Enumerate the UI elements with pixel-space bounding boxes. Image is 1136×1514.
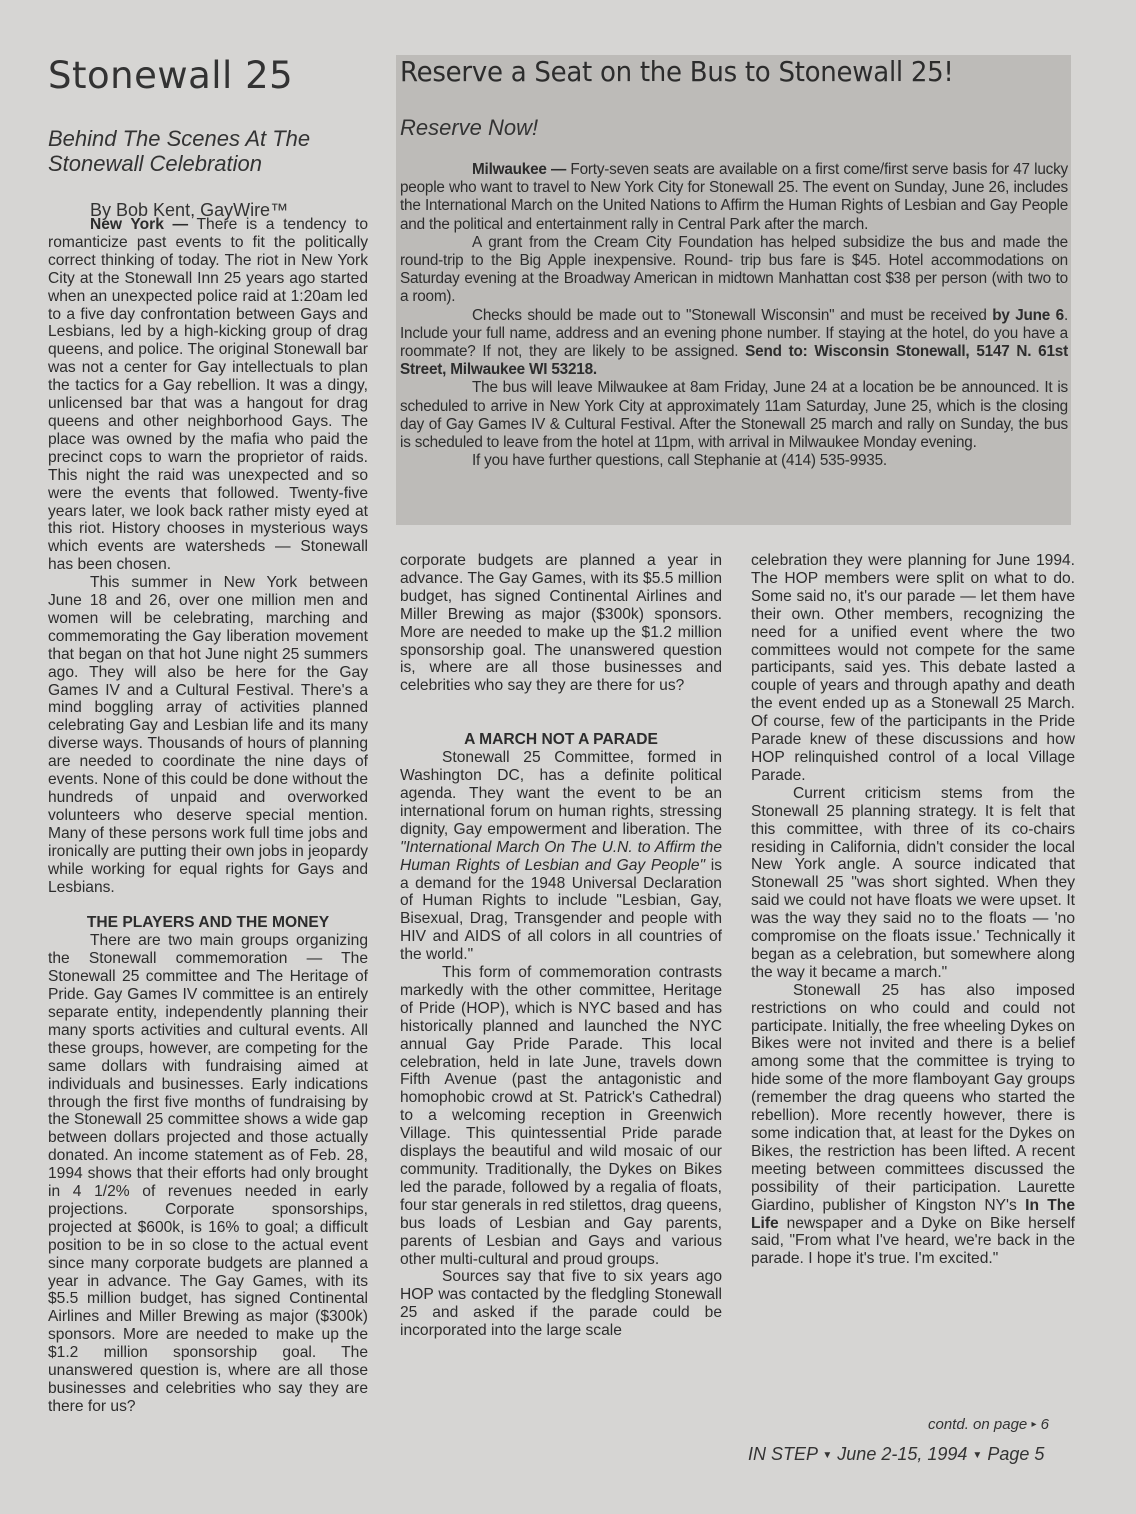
continued-label: contd. on page (928, 1416, 1027, 1433)
paragraph: New York — There is a tendency to romant… (48, 216, 368, 574)
arrow-right-icon: ▸ (1031, 1419, 1036, 1430)
page-footer: IN STEP ▼ June 2-15, 1994 ▼ Page 5 (748, 1444, 1044, 1465)
paragraph: Sources say that five to six years ago H… (400, 1268, 722, 1340)
paragraph: Current criticism stems from the Stonewa… (751, 785, 1075, 982)
march-title: "International March On The U.N. to Affi… (400, 839, 722, 874)
continued-page-number: 6 (1041, 1416, 1049, 1433)
paragraph-text: There is a tendency to romanticize past … (48, 216, 368, 573)
continued-notice: contd. on page ▸ 6 (928, 1416, 1049, 1433)
box-title: Reserve a Seat on the Bus to Stonewall 2… (400, 55, 954, 88)
section-heading: A MARCH NOT A PARADE (400, 731, 722, 749)
box-body: Milwaukee — Forty-seven seats are availa… (400, 161, 1068, 470)
article-column-1: New York — There is a tendency to romant… (48, 216, 368, 1422)
paragraph: Milwaukee — Forty-seven seats are availa… (400, 161, 1068, 234)
paragraph: The bus will leave Milwaukee at 8am Frid… (400, 379, 1068, 452)
triangle-down-icon: ▼ (822, 1450, 832, 1461)
publication-name: IN STEP (748, 1444, 817, 1464)
paragraph: If you have further questions, call Step… (400, 452, 1068, 470)
dateline: New York — (90, 216, 188, 233)
paragraph-continued: celebration they were planning for June … (751, 552, 1075, 785)
paragraph-text: Checks should be made out to "Stonewall … (472, 307, 992, 324)
issue-date: June 2-15, 1994 (837, 1444, 967, 1464)
article-column-3: celebration they were planning for June … (751, 552, 1075, 1268)
article-deck: Behind The Scenes At The Stonewall Celeb… (48, 126, 378, 176)
paragraph-text: Stonewall 25 Committee, formed in Washin… (400, 749, 722, 838)
section-heading: THE PLAYERS AND THE MONEY (48, 914, 368, 932)
paragraph-text: Stonewall 25 has also imposed restrictio… (751, 982, 1075, 1214)
paragraph: There are two main groups organizing the… (48, 932, 368, 1422)
article-column-2: corporate budgets are planned a year in … (400, 552, 722, 1412)
bus-reservation-box: Reserve a Seat on the Bus to Stonewall 2… (396, 55, 1071, 525)
paragraph-continued: corporate budgets are planned a year in … (400, 552, 722, 695)
dateline: Milwaukee — (472, 161, 566, 178)
paragraph: Checks should be made out to "Stonewall … (400, 307, 1068, 380)
paragraph: This form of commemoration contrasts mar… (400, 964, 722, 1268)
triangle-down-icon: ▼ (972, 1450, 982, 1461)
paragraph: This summer in New York between June 18 … (48, 574, 368, 896)
deadline: by June 6 (992, 307, 1064, 324)
paragraph: A grant from the Cream City Foundation h… (400, 234, 1068, 307)
box-subtitle: Reserve Now! (400, 115, 538, 141)
page-number: Page 5 (987, 1444, 1044, 1464)
masthead-title: Stonewall 25 (48, 54, 293, 97)
paragraph-text: newspaper and a Dyke on Bike herself sai… (751, 1215, 1075, 1268)
paragraph: Stonewall 25 Committee, formed in Washin… (400, 749, 722, 964)
paragraph: Stonewall 25 has also imposed restrictio… (751, 982, 1075, 1269)
